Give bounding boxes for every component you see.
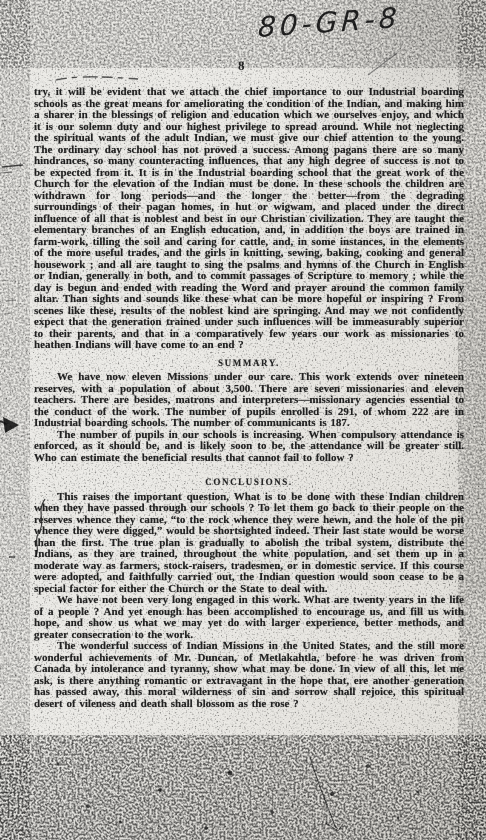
page-number: 8 [238,58,245,74]
margin-dash-mark [4,313,12,314]
document-body: try, it will be evident that we attach t… [34,87,464,710]
top-left-faint-curve [58,9,108,18]
section-heading-conclusions: CONCLUSIONS. [34,477,464,489]
paragraph-continuation: try, it will be evident that we attach t… [34,87,464,352]
scan-smudge-bottom [0,730,486,840]
pen-slash-mark [368,53,397,75]
margin-dash-mark [2,165,23,167]
margin-dash-mark [6,300,16,301]
margin-arrow-tail [0,421,7,424]
section-heading-summary: SUMMARY. [34,358,464,370]
paragraph-conclusions-3: The wonderful success of Indian Missions… [34,641,464,710]
bottom-stroke-hook [326,823,343,831]
bottom-ink-specks [57,763,420,830]
paragraph-summary-2: The number of pupils in our schools is i… [34,430,464,465]
paragraph-summary-1: We have now eleven Missions under our ca… [34,372,464,430]
paragraph-conclusions-1: This raises the important question, What… [34,492,464,596]
margin-dash-mark [0,172,12,173]
paragraph-conclusions-2: We have not been very long engaged in th… [34,595,464,641]
dash-underline-mark [56,77,138,80]
margin-arrow-mark [3,417,19,433]
pen-slash-mark-faint [386,48,401,60]
handwritten-code: 80-GR-8 [257,1,401,44]
bottom-diagonal-stroke [310,757,336,828]
scanned-document-page: 80-GR-8 8 try, it will be evident that w… [0,0,486,840]
